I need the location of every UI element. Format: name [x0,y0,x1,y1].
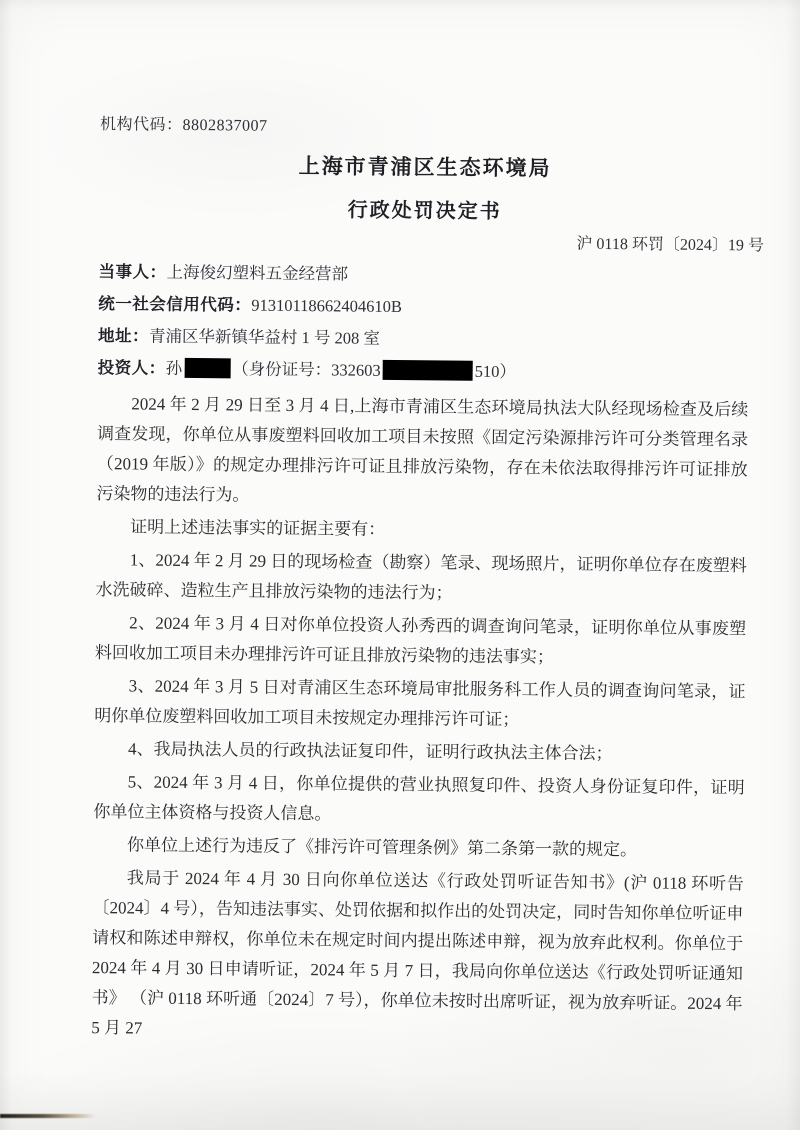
address-label: 地址： [98,326,149,345]
investor-id-suffix: 510） [475,362,516,381]
party-name-label: 当事人： [99,262,167,282]
paragraph-facts: 2024 年 2 月 29 日至 3 月 4 日,上海市青浦区生态环境局执法大队… [96,389,748,515]
document-content: 机构代码：8802837007 上海市青浦区生态环境局 行政处罚决定书 沪 01… [0,0,800,1053]
scan-artifact-mark [0,1114,96,1118]
credit-code-label: 统一社会信用代码： [98,294,251,314]
paragraph-evidence-intro: 证明上述违法事实的证据主要有： [96,512,747,548]
party-name-value: 上海俊幻塑料五金经营部 [167,263,349,284]
address-value: 青浦区华新镇华益村 1 号 208 室 [149,327,380,348]
paragraph-evidence-2: 2、2024 年 3 月 4 日对你单位投资人孙秀西的调查询问笔录，证明你单位从… [95,608,747,674]
investor-id-prefix: （身份证号：332603 [232,359,381,379]
investor-label: 投资人： [98,358,166,378]
paragraph-evidence-5: 5、2024 年 3 月 4 日，你单位提供的营业执照复印件、投资人身份证复印件… [93,767,745,833]
org-code-label: 机构代码： [100,116,183,134]
paragraph-evidence-1: 1、2024 年 2 月 29 日的现场检查（勘察）笔录、现场照片，证明你单位存… [95,545,747,611]
investor-line: 投资人：孙（身份证号：332603510） [98,352,749,390]
credit-code-value: 91310118662404610B [251,296,402,316]
document-type-title: 行政处罚决定书 [99,194,750,228]
org-code-value: 8802837007 [182,117,267,135]
redaction-box-name [184,358,230,378]
paragraph-evidence-3: 3、2024 年 3 月 5 日对青浦区生态环境局审批服务科工作人员的调查询问笔… [94,671,746,737]
paragraph-violation: 你单位上述行为违反了《排污许可管理条例》第二条第一款的规定。 [93,830,744,866]
scanned-document-page: 机构代码：8802837007 上海市青浦区生态环境局 行政处罚决定书 沪 01… [0,0,800,1130]
paragraph-hearing-process: 我局于 2024 年 4 月 30 日向你单位送达《行政处罚听证告知书》(沪 0… [91,863,744,1049]
document-number: 沪 0118 环罚〔2024〕19 号 [99,228,764,258]
document-body: 2024 年 2 月 29 日至 3 月 4 日,上海市青浦区生态环境局执法大队… [91,389,748,1049]
investor-surname: 孙 [166,359,183,378]
party-info-section: 当事人：上海俊幻塑料五金经营部 统一社会信用代码：913101186624046… [98,256,750,390]
issuing-authority-title: 上海市青浦区生态环境局 [99,150,750,186]
paragraph-evidence-4: 4、我局执法人员的行政执法证复印件，证明行政执法主体合法； [94,734,745,770]
org-code-line: 机构代码：8802837007 [100,113,751,143]
redaction-box-id [383,360,473,381]
